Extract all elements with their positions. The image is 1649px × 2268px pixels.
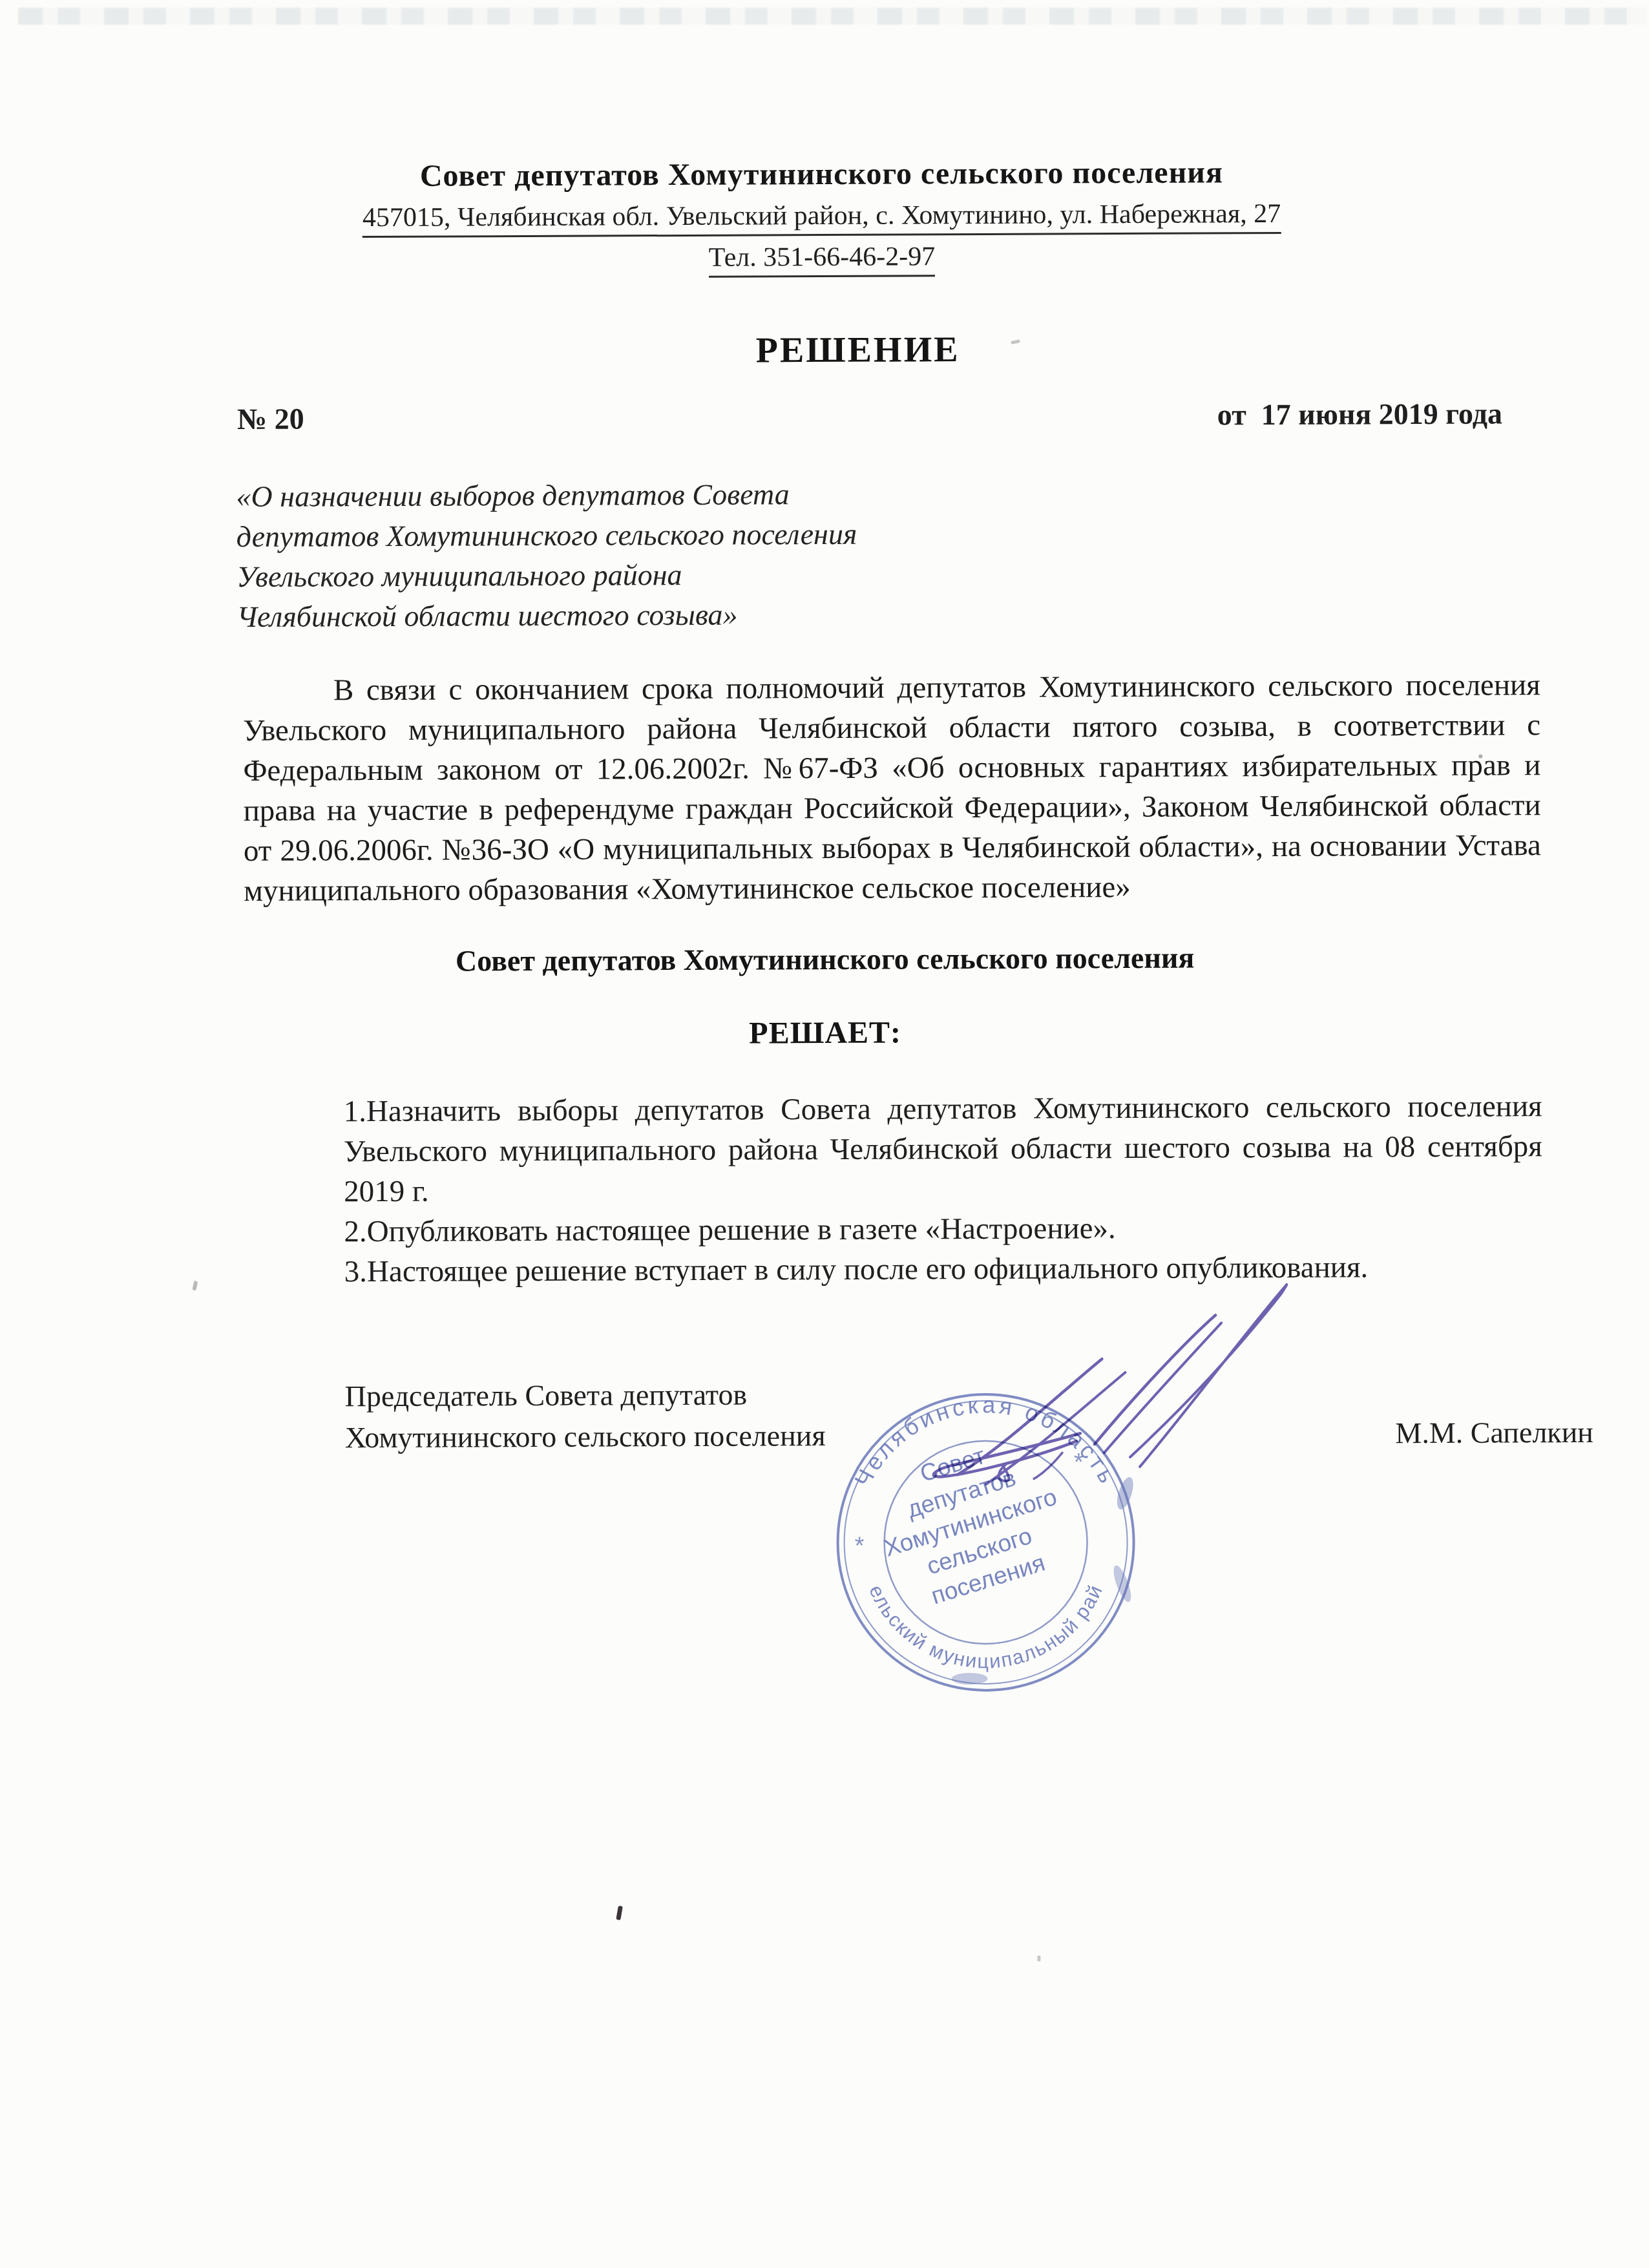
org-phone-line: Тел. 351-66-46-2-97 [0, 233, 1646, 281]
signer-name: М.М. Сапелкин [1395, 1412, 1593, 1454]
scan-speck [1478, 755, 1482, 759]
resolves-label: РЕШАЕТ: [1, 1009, 1649, 1056]
stamp-separator-left: * [855, 1533, 865, 1560]
resolution-item-2: 2.Опубликовать настоящее решение в газет… [344, 1206, 1542, 1252]
number-date-row: № 20 от 17 июня 2019 года [237, 394, 1539, 439]
scan-speck [1037, 1956, 1040, 1962]
document-content: Совет депутатов Хомутининского сельского… [0, 0, 1649, 2268]
doc-type-title: РЕШЕНИЕ [33, 322, 1649, 378]
doc-date: от 17 июня 2019 года [1217, 394, 1503, 435]
handwritten-signature [907, 1258, 1334, 1518]
doc-number: № 20 [237, 399, 304, 439]
signer-position-line2: Хомутининского сельского поселения [345, 1415, 826, 1458]
org-phone: Тел. 351-66-46-2-97 [709, 242, 936, 278]
doc-preamble: В связи с окончанием срока полномочий де… [243, 665, 1542, 911]
signer-position-line1: Председатель Совета депутатов [344, 1374, 825, 1417]
resolution-item-1: 1.Назначить выборы депутатов Совета депу… [344, 1086, 1543, 1212]
scan-speck [192, 1281, 198, 1291]
signer-position: Председатель Совета депутатов Хомутининс… [344, 1374, 825, 1458]
org-title: Совет депутатов Хомутининского сельского… [0, 150, 1646, 198]
org-address: 457015, Челябинская обл. Увельский район… [362, 199, 1281, 238]
scanned-document-page: Совет депутатов Хомутининского сельского… [0, 0, 1649, 2268]
doc-subject: «О назначении выборов депутатов Совета д… [236, 471, 1540, 637]
resolving-org-line: Совет депутатов Хомутининского сельского… [1, 936, 1649, 983]
ink-speck [616, 1906, 623, 1920]
org-address-line: 457015, Челябинская обл. Увельский район… [0, 191, 1646, 240]
